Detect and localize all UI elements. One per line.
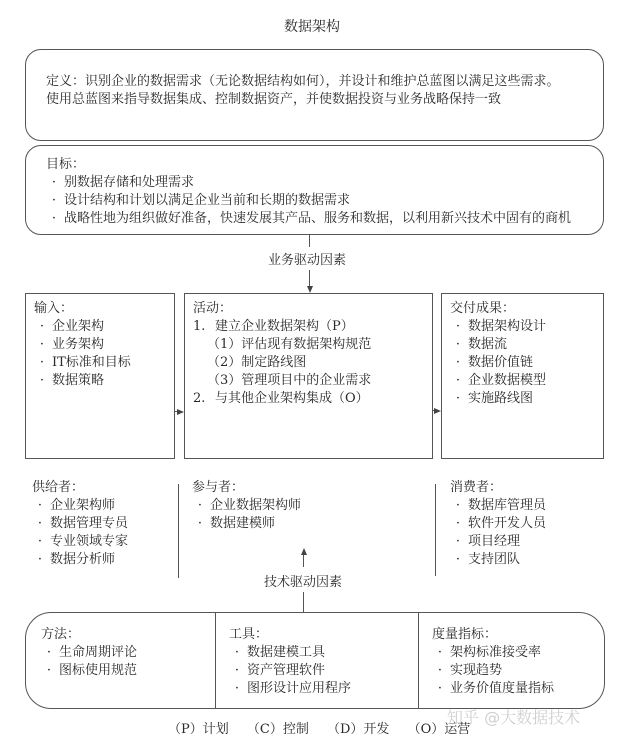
activity-text: （2）制定路线图 xyxy=(207,355,306,370)
metric-item: 业务价值度量指标 xyxy=(432,680,554,698)
bottom-divider-2 xyxy=(418,613,419,708)
participants-heading: 参与者： xyxy=(192,479,301,497)
activities-heading: 活动： xyxy=(193,300,432,318)
technical-drivers-label: 技术驱动因素 xyxy=(264,571,342,590)
goals-heading: 目标： xyxy=(46,156,603,174)
consumer-item: 项目经理 xyxy=(450,533,546,551)
tools-section: 工具： 数据建模工具 资产管理软件 图形设计应用程序 xyxy=(229,626,351,698)
tool-item: 资产管理软件 xyxy=(229,662,351,680)
goals-box: 目标： 别数据存储和处理需求 设计结构和计划以满足企业当前和长期的数据需求 战略… xyxy=(25,145,604,235)
participants-section: 参与者： 企业数据架构师 数据建模师 xyxy=(192,479,301,533)
bottom-divider-1 xyxy=(215,613,216,708)
consumer-item: 支持团队 xyxy=(450,551,546,569)
activities-box: 活动： 1.建立企业数据架构（P） （1）评估现有数据架构规范 （2）制定路线图… xyxy=(184,293,433,459)
metric-item: 架构标准接受率 xyxy=(432,644,554,662)
consumer-item: 软件开发人员 xyxy=(450,515,546,533)
consumers-heading: 消费者： xyxy=(450,479,546,497)
input-item: 数据策略 xyxy=(34,372,174,390)
business-driver-line-top xyxy=(309,235,310,247)
input-item: IT标准和目标 xyxy=(34,354,174,372)
consumer-item: 数据库管理员 xyxy=(450,497,546,515)
methods-section: 方法： 生命周期评论 图标使用规范 xyxy=(41,626,137,680)
arrow-down-icon xyxy=(307,286,313,293)
goal-item: 别数据存储和处理需求 xyxy=(46,174,603,192)
tool-item: 图形设计应用程序 xyxy=(229,680,351,698)
inputs-box: 输入： 企业架构 业务架构 IT标准和目标 数据策略 xyxy=(25,293,175,459)
activity-text: 与其他企业架构集成（O） xyxy=(215,391,369,406)
metrics-section: 度量指标： 架构标准接受率 实现趋势 业务价值度量指标 xyxy=(432,626,554,698)
business-drivers-label: 业务驱动因素 xyxy=(268,249,346,268)
business-driver-line-bottom xyxy=(309,270,310,286)
tools-heading: 工具： xyxy=(229,626,351,644)
participant-item: 数据建模师 xyxy=(192,515,301,533)
legend: （P）计划 （C）控制 （D）开发 （O）运营 xyxy=(168,718,470,737)
participant-item: 企业数据架构师 xyxy=(192,497,301,515)
metrics-heading: 度量指标： xyxy=(432,626,554,644)
supplier-item: 数据管理专员 xyxy=(32,515,128,533)
deliverable-item: 企业数据模型 xyxy=(450,372,603,390)
diagram-title: 数据架构 xyxy=(0,16,624,36)
method-item: 生命周期评论 xyxy=(41,644,137,662)
deliverable-item: 实施路线图 xyxy=(450,390,603,408)
arrow-up-icon xyxy=(301,548,307,555)
legend-develop: （D）开发 xyxy=(327,722,389,737)
goal-item: 战略性地为组织做好准备，快速发展其产品、服务和数据，以利用新兴技术中固有的商机 xyxy=(46,210,603,228)
deliverable-item: 数据架构设计 xyxy=(450,318,603,336)
metric-item: 实现趋势 xyxy=(432,662,554,680)
activity-item: 2.与其他企业架构集成（O） xyxy=(193,390,432,408)
supplier-item: 企业架构师 xyxy=(32,497,128,515)
methods-tools-metrics-box: 方法： 生命周期评论 图标使用规范 工具： 数据建模工具 资产管理软件 图形设计… xyxy=(25,612,605,709)
deliverables-heading: 交付成果： xyxy=(450,300,603,318)
supplier-item: 专业领域专家 xyxy=(32,533,128,551)
deliverable-item: 数据价值链 xyxy=(450,354,603,372)
activity-subitem: （1）评估现有数据架构规范 xyxy=(193,336,432,354)
method-item: 图标使用规范 xyxy=(41,662,137,680)
legend-control: （C）控制 xyxy=(247,722,309,737)
suppliers-heading: 供给者： xyxy=(32,479,128,497)
deliverables-box: 交付成果： 数据架构设计 数据流 数据价值链 企业数据模型 实施路线图 xyxy=(441,293,604,459)
arrow-right-icon xyxy=(434,408,441,414)
input-item: 企业架构 xyxy=(34,318,174,336)
activity-number: 2. xyxy=(193,390,215,408)
legend-plan: （P）计划 xyxy=(168,722,229,737)
consumers-section: 消费者： 数据库管理员 软件开发人员 项目经理 支持团队 xyxy=(450,479,546,569)
inputs-heading: 输入： xyxy=(34,300,174,318)
supplier-item: 数据分析师 xyxy=(32,551,128,569)
definition-box: 定义：识别企业的数据需求（无论数据结构如何），并设计和维护总蓝图以满足这些需求。… xyxy=(25,49,604,141)
divider-left xyxy=(178,484,179,578)
divider-right xyxy=(435,484,436,576)
methods-heading: 方法： xyxy=(41,626,137,644)
activity-number: 1. xyxy=(193,318,215,336)
definition-line-2: 使用总蓝图来指导数据集成、控制数据资产，并使数据投资与业务战略保持一致 xyxy=(46,91,603,109)
input-item: 业务架构 xyxy=(34,336,174,354)
deliverable-item: 数据流 xyxy=(450,336,603,354)
goal-item: 设计结构和计划以满足企业当前和长期的数据需求 xyxy=(46,192,603,210)
tool-item: 数据建模工具 xyxy=(229,644,351,662)
activity-subitem: （2）制定路线图 xyxy=(193,354,432,372)
activity-text: 建立企业数据架构（P） xyxy=(215,319,354,334)
suppliers-section: 供给者： 企业架构师 数据管理专员 专业领域专家 数据分析师 xyxy=(32,479,128,569)
definition-line-1: 定义：识别企业的数据需求（无论数据结构如何），并设计和维护总蓝图以满足这些需求。 xyxy=(46,73,603,91)
activity-item: 1.建立企业数据架构（P） xyxy=(193,318,432,336)
technical-driver-line-bottom xyxy=(303,592,304,613)
activity-text: （1）评估现有数据架构规范 xyxy=(207,337,371,352)
arrow-right-icon xyxy=(177,409,184,415)
activity-subitem: （3）管理项目中的企业需求 xyxy=(193,372,432,390)
activity-text: （3）管理项目中的企业需求 xyxy=(207,373,371,388)
legend-operate: （O）运营 xyxy=(408,722,471,737)
technical-driver-line-top xyxy=(303,555,304,567)
